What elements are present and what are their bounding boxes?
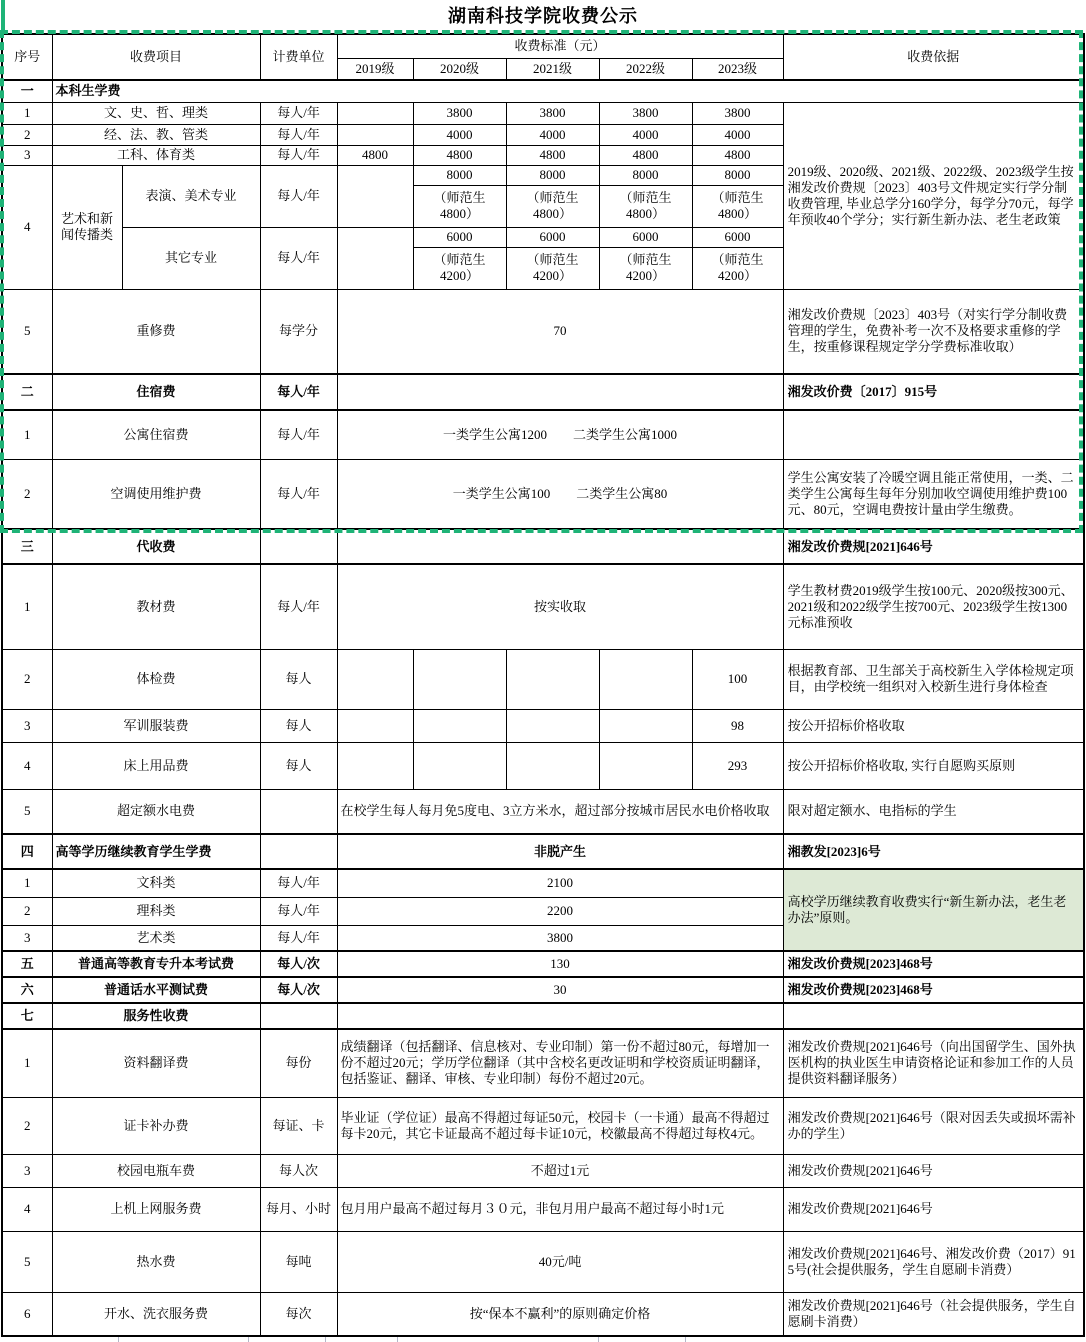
v2020-cell: （师范生 4200） <box>413 247 506 289</box>
unit-cell: 每人/年 <box>260 227 337 289</box>
v2020-cell: 8000 <box>413 165 506 185</box>
section-num: 五 <box>2 951 52 977</box>
v2020-cell: 4000 <box>413 124 506 145</box>
std-cell: 按实收取 <box>337 564 783 649</box>
row-bedding-fee: 4 床上用品费 每人 293 按公开招标价格收取, 实行自愿购买原则 <box>2 742 1084 789</box>
std-cell: 2200 <box>337 897 783 925</box>
v2023-cell: 3800 <box>692 102 783 124</box>
v2022-cell: （师范生 4800） <box>599 185 692 227</box>
section-mandarin-test-fee: 六 普通话水平测试费 每人/次 30 湘发改价费规[2023]468号 <box>2 977 1084 1003</box>
unit-cell: 每学分 <box>260 289 337 374</box>
unit-cell: 每人次 <box>260 1154 337 1187</box>
header-grade-2019: 2019级 <box>337 58 413 80</box>
row-liberal-arts: 1 文、史、哲、理类 每人/年 3800 3800 3800 3800 2019… <box>2 102 1084 124</box>
section-collection-fees: 三 代收费 湘发改价费规[2021]646号 <box>2 529 1084 564</box>
v2019-cell: 4800 <box>337 145 413 165</box>
item-cell: 上机上网服务费 <box>52 1187 260 1231</box>
unit-cell: 每人/年 <box>260 897 337 925</box>
row-retake-fee: 5 重修费 每学分 70 湘发改价费规〔2023〕403号（对实行学分制收费管理… <box>2 289 1084 374</box>
row-textbook-fee: 1 教材费 每人/年 按实收取 学生教材费2019级学生按100元、2020级按… <box>2 564 1084 649</box>
v2022-cell: 3800 <box>599 102 692 124</box>
item-cell: 资料翻译费 <box>52 1029 260 1097</box>
item-cell: 床上用品费 <box>52 742 260 789</box>
section-name: 代收费 <box>52 529 260 564</box>
seq-cell: 2 <box>2 459 52 529</box>
std-cell: 3800 <box>337 925 783 951</box>
basis-cell: 湘发改价费规[2021]646号 <box>783 529 1084 564</box>
unit-cell: 每吨 <box>260 1231 337 1292</box>
std-cell: 按“保本不赢利”的原则确定价格 <box>337 1292 783 1336</box>
v2020-cell: （师范生 4800） <box>413 185 506 227</box>
item-cell: 空调使用维护费 <box>52 459 260 529</box>
unit-cell: 每人/年 <box>260 410 337 459</box>
std-cell: 非脱产生 <box>337 834 783 869</box>
v2019-cell <box>337 227 413 289</box>
v2019-cell <box>337 124 413 145</box>
basis-cell: 湘教发[2023]6号 <box>783 834 1084 869</box>
header-item: 收费项目 <box>52 34 260 80</box>
seq-cell: 1 <box>2 102 52 124</box>
basis-cell: 湘发改价费规[2021]646号 <box>783 1154 1084 1187</box>
unit-cell: 每人/年 <box>260 925 337 951</box>
unit-cell: 每人/次 <box>260 977 337 1003</box>
v2021-cell <box>506 709 599 742</box>
basis-cell: 湘发改价费〔2017〕915号 <box>783 374 1084 410</box>
std-cell: 30 <box>337 977 783 1003</box>
v2023-cell: 293 <box>692 742 783 789</box>
item-cell: 教材费 <box>52 564 260 649</box>
header-unit: 计费单位 <box>260 34 337 80</box>
unit-cell: 每次 <box>260 1292 337 1336</box>
unit-cell: 每人/年 <box>260 145 337 165</box>
unit-cell: 每人/次 <box>260 951 337 977</box>
section-num: 一 <box>2 80 52 102</box>
v2020-cell: 6000 <box>413 227 506 247</box>
selection-marquee-tail <box>1 0 5 31</box>
unit-cell <box>260 834 337 869</box>
unit-cell: 每人/年 <box>260 374 337 410</box>
header-grade-2020: 2020级 <box>413 58 506 80</box>
std-cell: 在校学生每人每月免5度电、3立方米水，超过部分按城市居民水电价格收取 <box>337 789 783 834</box>
row-card-replacement-fee: 2 证卡补办费 每证、卡 毕业证（学位证）最高不得超过每证50元，校园卡（一卡通… <box>2 1097 1084 1154</box>
std-cell: 不超过1元 <box>337 1154 783 1187</box>
item-cell: 超定额水电费 <box>52 789 260 834</box>
v2021-cell: （师范生 4800） <box>506 185 599 227</box>
section-service-fees: 七 服务性收费 <box>2 1003 1084 1029</box>
section-upgrade-exam-fee: 五 普通高等教育专升本考试费 每人/次 130 湘发改价费规[2023]468号 <box>2 951 1084 977</box>
v2020-cell <box>413 742 506 789</box>
v2021-cell: 6000 <box>506 227 599 247</box>
v2022-cell <box>599 649 692 709</box>
row-ce-liberal-arts: 1 文科类 每人/年 2100 高校学历继续教育收费实行“新生新办法，老生老办法… <box>2 869 1084 897</box>
group-cell: 艺术和新闻传播类 <box>52 165 122 289</box>
v2019-cell <box>337 742 413 789</box>
v2021-cell: 8000 <box>506 165 599 185</box>
row-translation-fee: 1 资料翻译费 每份 成绩翻译（包括翻译、信息核对、专业印制）第一份不超过80元… <box>2 1029 1084 1097</box>
row-campus-shuttle-fee: 3 校园电瓶车费 每人次 不超过1元 湘发改价费规[2021]646号 <box>2 1154 1084 1187</box>
seq-cell: 4 <box>2 742 52 789</box>
section-name: 服务性收费 <box>52 1003 260 1029</box>
section-continuing-education: 四 高等学历继续教育学生学费 非脱产生 湘教发[2023]6号 <box>2 834 1084 869</box>
row-excess-utilities-fee: 5 超定额水电费 在校学生每人每月免5度电、3立方米水，超过部分按城市居民水电价… <box>2 789 1084 834</box>
basis-cell: 学生公寓安装了冷暖空调且能正常使用，一类、二类学生公寓每生每年分别加收空调使用维… <box>783 459 1084 529</box>
seq-cell: 6 <box>2 1292 52 1336</box>
basis-cell: 按公开招标价格收取, 实行自愿购买原则 <box>783 742 1084 789</box>
v2023-cell: 4800 <box>692 145 783 165</box>
basis-cell-tuition: 2019级、2020级、2021级、2022级、2023级学生按湘发改价费规〔2… <box>783 102 1084 289</box>
seq-cell: 5 <box>2 289 52 374</box>
section-name: 本科生学费 <box>52 80 1084 102</box>
basis-cell: 湘发改价费规[2021]646号（限对因丢失或损坏需补办的学生） <box>783 1097 1084 1154</box>
fee-notice-page: 湖南科技学院收费公示 序号 收费项目 计费单位 收费标准（元） 收费依据 201… <box>0 0 1086 1342</box>
seq-cell: 2 <box>2 897 52 925</box>
section-num: 六 <box>2 977 52 1003</box>
row-physical-exam-fee: 2 体检费 每人 100 根据教育部、卫生部关于高校新生入学体检规定项目，由学校… <box>2 649 1084 709</box>
seq-cell: 1 <box>2 564 52 649</box>
basis-cell: 根据教育部、卫生部关于高校新生入学体检规定项目，由学校统一组织对入校新生进行身体… <box>783 649 1084 709</box>
v2020-cell <box>413 709 506 742</box>
item-cell: 证卡补办费 <box>52 1097 260 1154</box>
item-cell: 开水、洗衣服务费 <box>52 1292 260 1336</box>
v2022-cell: 4000 <box>599 124 692 145</box>
v2023-cell: （师范生 4800） <box>692 185 783 227</box>
item-cell: 重修费 <box>52 289 260 374</box>
v2021-cell: 4800 <box>506 145 599 165</box>
basis-cell: 学生教材费2019级学生按100元、2020级按300元、2021级和2022级… <box>783 564 1084 649</box>
v2023-cell: （师范生 4200） <box>692 247 783 289</box>
subitem-cell: 其它专业 <box>122 227 260 289</box>
basis-cell: 湘发改价费规[2021]646号 <box>783 1187 1084 1231</box>
row-aircon-fee: 2 空调使用维护费 每人/年 一类学生公寓100 二类学生公寓80 学生公寓安装… <box>2 459 1084 529</box>
v2023-cell: 100 <box>692 649 783 709</box>
row-hot-water-fee: 5 热水费 每吨 40元/吨 湘发改价费规[2021]646号、湘发改价费（20… <box>2 1231 1084 1292</box>
item-cell: 理科类 <box>52 897 260 925</box>
row-internet-fee: 4 上机上网服务费 每月、小时 包月用户最高不超过每月３０元，非包月用户最高不超… <box>2 1187 1084 1231</box>
header-grade-2022: 2022级 <box>599 58 692 80</box>
seq-cell: 1 <box>2 1029 52 1097</box>
unit-cell: 每人 <box>260 742 337 789</box>
unit-cell: 每证、卡 <box>260 1097 337 1154</box>
item-cell: 经、法、教、管类 <box>52 124 260 145</box>
basis-cell: 湘发改价费规[2021]646号（社会提供服务，学生自愿刷卡消费） <box>783 1292 1084 1336</box>
row-laundry-fee: 6 开水、洗衣服务费 每次 按“保本不赢利”的原则确定价格 湘发改价费规[202… <box>2 1292 1084 1336</box>
ce-note-cell: 高校学历继续教育收费实行“新生新办法，老生老办法”原则。 <box>783 869 1084 951</box>
v2021-cell <box>506 742 599 789</box>
basis-cell: 湘发改价费规[2021]646号（向出国留学生、国外执医机构的执业医生申请资格论… <box>783 1029 1084 1097</box>
std-cell: 一类学生公寓100 二类学生公寓80 <box>337 459 783 529</box>
v2021-cell: （师范生 4200） <box>506 247 599 289</box>
v2023-cell: 8000 <box>692 165 783 185</box>
unit-cell: 每人/年 <box>260 869 337 897</box>
seq-cell: 4 <box>2 165 52 289</box>
fee-table: 序号 收费项目 计费单位 收费标准（元） 收费依据 2019级 2020级 20… <box>1 33 1085 1337</box>
header-basis: 收费依据 <box>783 34 1084 80</box>
subitem-cell: 表演、美术专业 <box>122 165 260 227</box>
item-cell: 军训服装费 <box>52 709 260 742</box>
unit-cell <box>260 529 337 564</box>
std-cell <box>337 1003 783 1029</box>
v2020-cell: 3800 <box>413 102 506 124</box>
std-cell: 成绩翻译（包括翻译、信息核对、专业印制）第一份不超过80元，每增加一份不超过20… <box>337 1029 783 1097</box>
unit-cell: 每人 <box>260 709 337 742</box>
seq-cell: 5 <box>2 789 52 834</box>
v2022-cell <box>599 709 692 742</box>
std-cell: 70 <box>337 289 783 374</box>
header-standard: 收费标准（元） <box>337 34 783 58</box>
v2022-cell: 6000 <box>599 227 692 247</box>
std-cell <box>337 529 783 564</box>
v2022-cell: （师范生 4200） <box>599 247 692 289</box>
seq-cell: 1 <box>2 410 52 459</box>
item-cell: 艺术类 <box>52 925 260 951</box>
seq-cell: 1 <box>2 869 52 897</box>
section-undergrad-tuition: 一 本科生学费 <box>2 80 1084 102</box>
v2021-cell: 4000 <box>506 124 599 145</box>
v2019-cell <box>337 102 413 124</box>
v2020-cell <box>413 649 506 709</box>
header-seq: 序号 <box>2 34 52 80</box>
header-row-1: 序号 收费项目 计费单位 收费标准（元） 收费依据 <box>2 34 1084 58</box>
std-cell: 一类学生公寓1200 二类学生公寓1000 <box>337 410 783 459</box>
basis-cell: 限对超定额水、电指标的学生 <box>783 789 1084 834</box>
section-name: 普通高等教育专升本考试费 <box>52 951 260 977</box>
section-num: 三 <box>2 529 52 564</box>
row-apartment-fee: 1 公寓住宿费 每人/年 一类学生公寓1200 二类学生公寓1000 <box>2 410 1084 459</box>
item-cell: 文科类 <box>52 869 260 897</box>
unit-cell: 每人 <box>260 649 337 709</box>
unit-cell: 每份 <box>260 1029 337 1097</box>
unit-cell: 每人/年 <box>260 564 337 649</box>
v2019-cell <box>337 649 413 709</box>
unit-cell: 每人/年 <box>260 102 337 124</box>
unit-cell <box>260 789 337 834</box>
page-title: 湖南科技学院收费公示 <box>0 0 1086 33</box>
std-cell <box>337 374 783 410</box>
std-cell: 毕业证（学位证）最高不得超过每证50元，校园卡（一卡通）最高不得超过每卡20元，… <box>337 1097 783 1154</box>
v2022-cell: 8000 <box>599 165 692 185</box>
section-name: 住宿费 <box>52 374 260 410</box>
basis-cell: 湘发改价费规[2023]468号 <box>783 977 1084 1003</box>
std-cell: 40元/吨 <box>337 1231 783 1292</box>
seq-cell: 4 <box>2 1187 52 1231</box>
std-cell: 2100 <box>337 869 783 897</box>
section-num: 七 <box>2 1003 52 1029</box>
section-num: 二 <box>2 374 52 410</box>
section-accommodation: 二 住宿费 每人/年 湘发改价费〔2017〕915号 <box>2 374 1084 410</box>
std-cell: 130 <box>337 951 783 977</box>
seq-cell: 2 <box>2 124 52 145</box>
v2019-cell <box>337 709 413 742</box>
v2023-cell: 4000 <box>692 124 783 145</box>
v2023-cell: 6000 <box>692 227 783 247</box>
item-cell: 校园电瓶车费 <box>52 1154 260 1187</box>
row-military-uniform-fee: 3 军训服装费 每人 98 按公开招标价格收取 <box>2 709 1084 742</box>
v2023-cell: 98 <box>692 709 783 742</box>
section-name: 普通话水平测试费 <box>52 977 260 1003</box>
item-cell: 工科、体育类 <box>52 145 260 165</box>
unit-cell: 每人/年 <box>260 459 337 529</box>
v2020-cell: 4800 <box>413 145 506 165</box>
v2021-cell <box>506 649 599 709</box>
std-cell: 包月用户最高不超过每月３０元，非包月用户最高不超过每小时1元 <box>337 1187 783 1231</box>
basis-cell: 湘发改价费规〔2023〕403号（对实行学分制收费管理的学生，免费补考一次不及格… <box>783 289 1084 374</box>
unit-cell <box>260 1003 337 1029</box>
item-cell: 热水费 <box>52 1231 260 1292</box>
item-cell: 公寓住宿费 <box>52 410 260 459</box>
section-num: 四 <box>2 834 52 869</box>
seq-cell: 2 <box>2 649 52 709</box>
seq-cell: 3 <box>2 1154 52 1187</box>
basis-cell <box>783 410 1084 459</box>
header-grade-2023: 2023级 <box>692 58 783 80</box>
unit-cell: 每月、小时 <box>260 1187 337 1231</box>
v2022-cell <box>599 742 692 789</box>
sheet-gridline-strip <box>0 1337 1086 1342</box>
seq-cell: 3 <box>2 145 52 165</box>
item-cell: 体检费 <box>52 649 260 709</box>
seq-cell: 3 <box>2 925 52 951</box>
v2022-cell: 4800 <box>599 145 692 165</box>
v2021-cell: 3800 <box>506 102 599 124</box>
basis-cell: 湘发改价费规[2023]468号 <box>783 951 1084 977</box>
section-name: 高等学历继续教育学生学费 <box>52 834 260 869</box>
item-cell: 文、史、哲、理类 <box>52 102 260 124</box>
seq-cell: 2 <box>2 1097 52 1154</box>
v2019-cell <box>337 165 413 227</box>
seq-cell: 5 <box>2 1231 52 1292</box>
unit-cell: 每人/年 <box>260 165 337 227</box>
unit-cell: 每人/年 <box>260 124 337 145</box>
seq-cell: 3 <box>2 709 52 742</box>
basis-cell <box>783 1003 1084 1029</box>
basis-cell: 按公开招标价格收取 <box>783 709 1084 742</box>
basis-cell: 湘发改价费规[2021]646号、湘发改价费（2017）915号(社会提供服务，… <box>783 1231 1084 1292</box>
header-grade-2021: 2021级 <box>506 58 599 80</box>
